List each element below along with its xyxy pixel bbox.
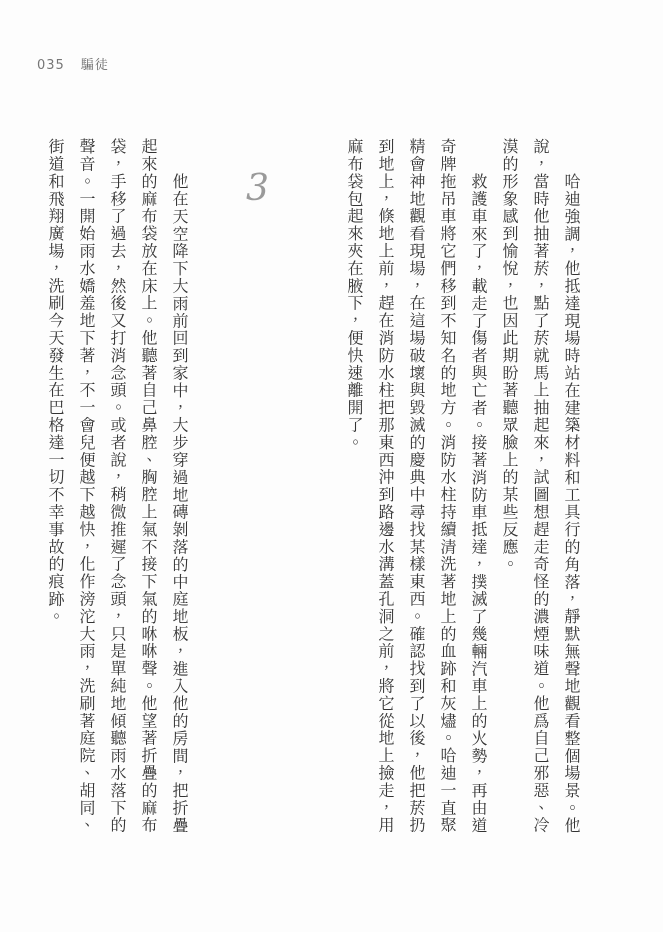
body-text-block: 哈迪強調，他抵達現場時站在建築材料和工具行的角落，靜默無聲地觀看整個場景。他說，… — [40, 138, 587, 838]
running-header: 035騙徒 — [37, 54, 109, 73]
page-number: 035 — [37, 58, 65, 73]
paragraph-2: 救護車來了，載走了傷者與亡者。接著消防車抵達，撲滅了幾輛汽車上的火勢，再由道奇牌… — [339, 138, 494, 838]
paragraph-1: 哈迪強調，他抵達現場時站在建築材料和工具行的角落，靜默無聲地觀看整個場景。他說，… — [494, 138, 587, 838]
book-page: 035騙徒 哈迪強調，他抵達現場時站在建築材料和工具行的角落，靜默無聲地觀看整個… — [0, 0, 663, 932]
section-number: 3 — [233, 138, 281, 838]
book-title: 騙徒 — [81, 58, 109, 73]
paragraph-3: 他在天空降下大雨前回到家中，大步穿過地磚剝落的中庭地板，進入他的房間，把折疊起來… — [40, 138, 195, 838]
